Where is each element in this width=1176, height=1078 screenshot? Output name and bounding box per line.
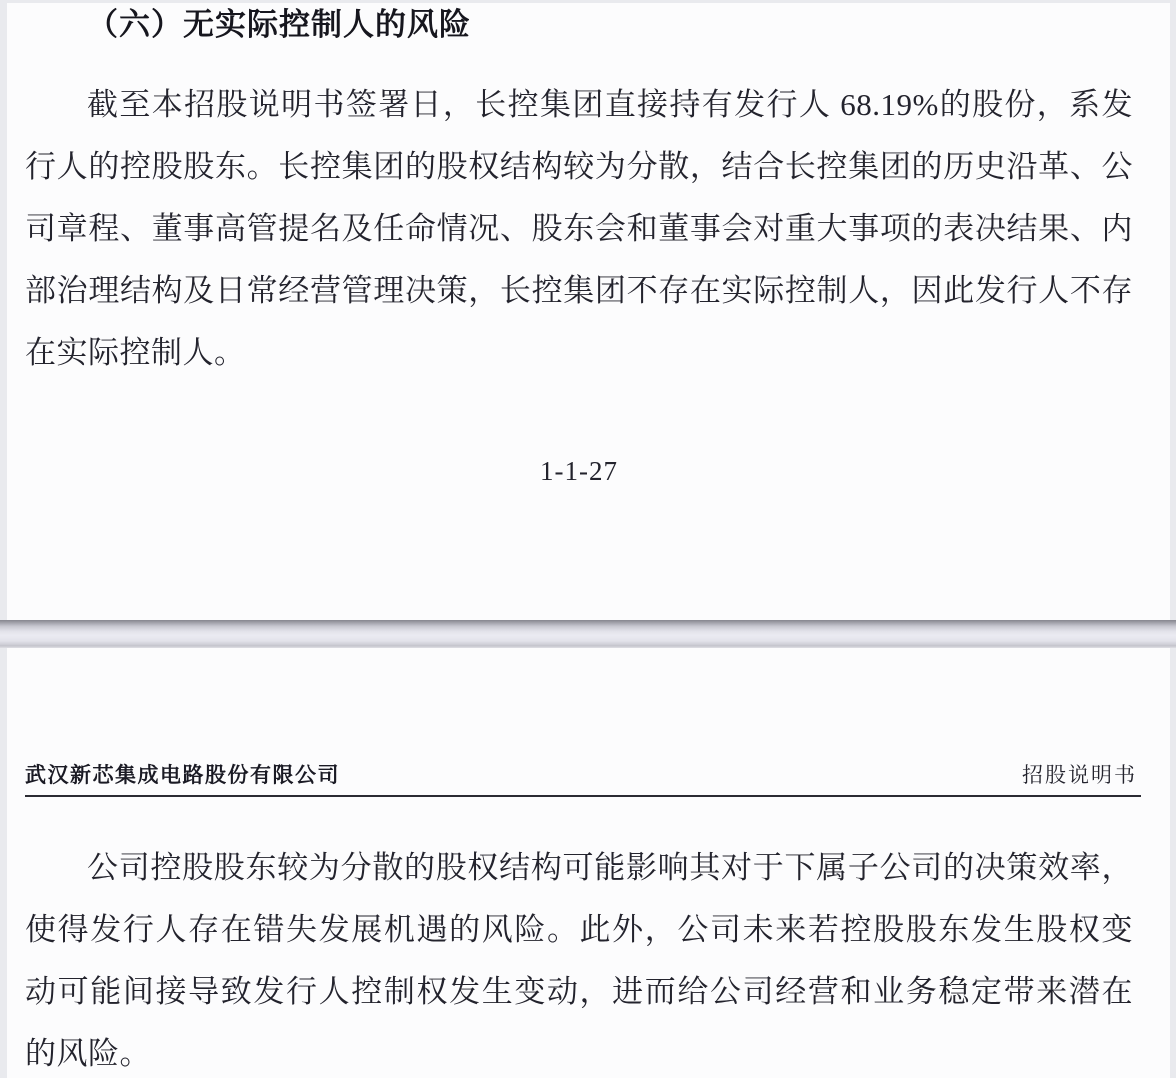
header-rule <box>25 795 1141 797</box>
paragraph-line: 行人的控股股东。长控集团的股权结构较为分散，结合长控集团的历史沿革、公 <box>25 136 1133 198</box>
risk-paragraph-page2: 公司控股股东较为分散的股权结构可能影响其对于下属子公司的决策效率， 使得发行人存… <box>25 837 1133 1078</box>
paragraph-line: 动可能间接导致发行人控制权发生变动，进而给公司经营和业务稳定带来潜在 <box>25 961 1133 1023</box>
section-heading: （六）无实际控制人的风险 <box>25 3 1133 47</box>
paragraph-line: 的风险。 <box>25 1023 1133 1078</box>
page-2: 武汉新芯集成电路股份有限公司 招股说明书 公司控股股东较为分散的股权结构可能影响… <box>7 648 1170 1078</box>
header-company-name: 武汉新芯集成电路股份有限公司 <box>25 762 340 788</box>
risk-paragraph-page1: 截至本招股说明书签署日，长控集团直接持有发行人 68.19%的股份，系发 行人的… <box>25 74 1133 384</box>
paragraph-line: 公司控股股东较为分散的股权结构可能影响其对于下属子公司的决策效率， <box>25 837 1133 899</box>
page-1: （六）无实际控制人的风险 截至本招股说明书签署日，长控集团直接持有发行人 68.… <box>7 3 1170 620</box>
running-header: 武汉新芯集成电路股份有限公司 招股说明书 <box>25 762 1137 788</box>
page-break-gap <box>0 620 1176 648</box>
header-doc-type: 招股说明书 <box>1022 762 1137 788</box>
paragraph-line: 部治理结构及日常经营管理决策，长控集团不存在实际控制人，因此发行人不存 <box>25 260 1133 322</box>
paragraph-line: 截至本招股说明书签署日，长控集团直接持有发行人 68.19%的股份，系发 <box>25 74 1133 136</box>
paragraph-line: 在实际控制人。 <box>25 322 1133 384</box>
paragraph-line: 司章程、董事高管提名及任命情况、股东会和董事会对重大事项的表决结果、内 <box>25 198 1133 260</box>
paragraph-line: 使得发行人存在错失发展机遇的风险。此外，公司未来若控股股东发生股权变 <box>25 899 1133 961</box>
page-number: 1-1-27 <box>25 455 1133 487</box>
pdf-viewer: （六）无实际控制人的风险 截至本招股说明书签署日，长控集团直接持有发行人 68.… <box>0 0 1176 1078</box>
